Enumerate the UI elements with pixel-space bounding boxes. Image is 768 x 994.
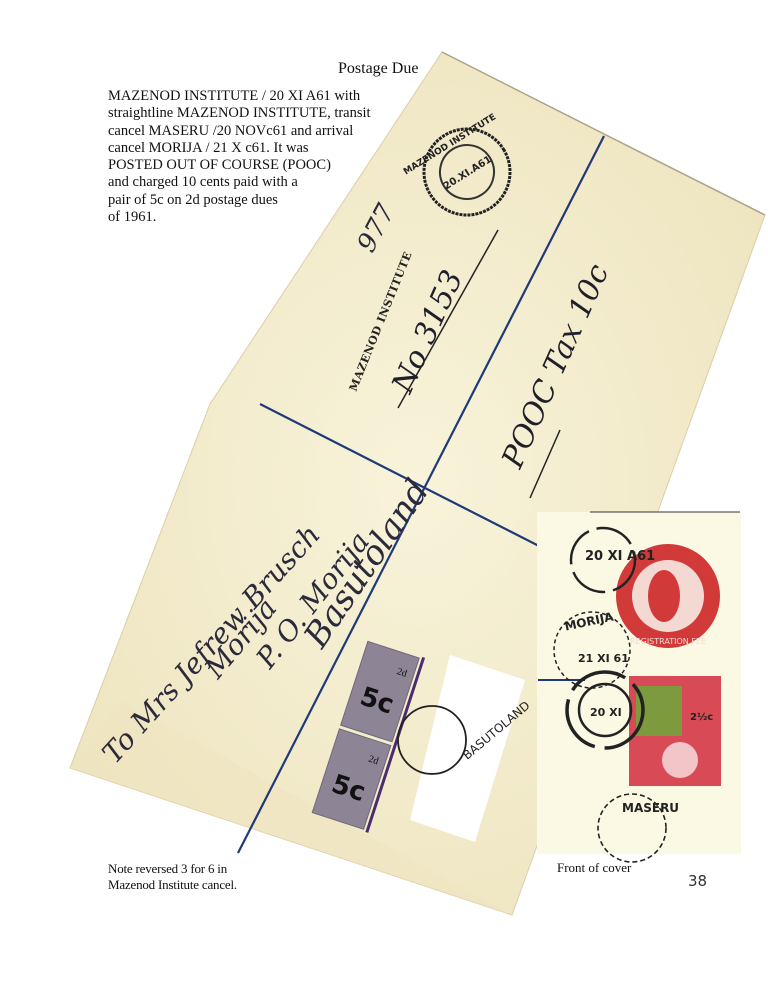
svg-text:REGISTRATION FEE: REGISTRATION FEE <box>630 637 706 646</box>
description-line: POSTED OUT OF COURSE (POOC) <box>108 157 438 174</box>
svg-text:MASERU: MASERU <box>622 801 679 815</box>
note-line: Mazenod Institute cancel. <box>108 877 237 893</box>
description-text: MAZENOD INSTITUTE / 20 XI A61 with strai… <box>108 88 438 226</box>
description-line: pair of 5c on 2d postage dues <box>108 192 438 209</box>
svg-text:20 XI A61: 20 XI A61 <box>585 549 655 564</box>
front-of-cover: REGISTRATION FEE 2½c 20 XI A61 MORIJA 21… <box>537 512 741 862</box>
description-line: cancel MORIJA / 21 X c61. It was <box>108 140 438 157</box>
note-line: Note reversed 3 for 6 in <box>108 861 237 877</box>
description-line: of 1961. <box>108 209 438 226</box>
svg-text:21 XI 61: 21 XI 61 <box>578 652 629 665</box>
svg-text:20 XI: 20 XI <box>590 706 622 719</box>
page-title: Postage Due <box>338 60 418 78</box>
basutoland-2half-cent-stamp: 2½c <box>629 676 721 786</box>
description-line: cancel MASERU /20 NOVc61 and arrival <box>108 123 438 140</box>
description-line: and charged 10 cents paid with a <box>108 174 438 191</box>
svg-text:2½c: 2½c <box>690 712 713 723</box>
front-of-cover-caption: Front of cover <box>557 860 631 876</box>
cancel-note: Note reversed 3 for 6 in Mazenod Institu… <box>108 861 237 893</box>
description-line: straightline MAZENOD INSTITUTE, transit <box>108 105 438 122</box>
page-number: 38 <box>688 872 707 890</box>
description-line: MAZENOD INSTITUTE / 20 XI A61 with <box>108 88 438 105</box>
